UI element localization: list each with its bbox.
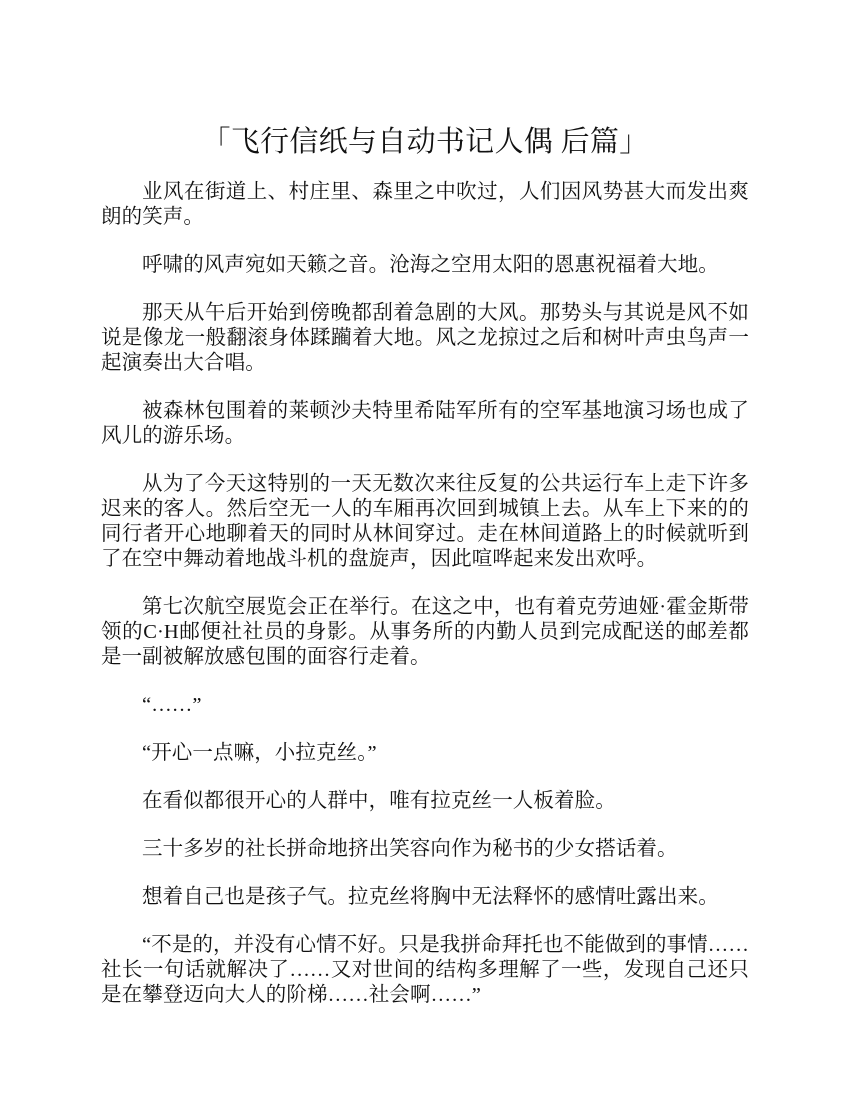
paragraph: 业风在街道上、村庄里、森里之中吹过，人们因风势甚大而发出爽朗的笑声。	[101, 180, 749, 230]
paragraph: 第七次航空展览会正在举行。在这之中，也有着克劳迪娅·霍金斯带领的C·H邮便社社员…	[101, 595, 749, 670]
document-body: 业风在街道上、村庄里、森里之中吹过，人们因风势甚大而发出爽朗的笑声。 呼啸的风声…	[101, 180, 749, 1031]
paragraph: 从为了今天这特别的一天无数次来往反复的公共运行车上走下许多迟来的客人。然后空无一…	[101, 472, 749, 572]
dialogue-paragraph: “开心一点嘛，小拉克丝。”	[101, 741, 749, 766]
paragraph: 那天从午后开始到傍晚都刮着急剧的大风。那势头与其说是风不如说是像龙一般翻滚身体蹂…	[101, 301, 749, 376]
paragraph: 在看似都很开心的人群中，唯有拉克丝一人板着脸。	[101, 789, 749, 814]
paragraph: 想着自己也是孩子气。拉克丝将胸中无法释怀的感情吐露出来。	[101, 885, 749, 910]
dialogue-paragraph: “不是的，并没有心情不好。只是我拼命拜托也不能做到的事情……社长一句话就解决了……	[101, 933, 749, 1008]
document-title: 「飞行信纸与自动书记人偶 后篇」	[101, 124, 749, 160]
paragraph: 呼啸的风声宛如天籁之音。沧海之空用太阳的恩惠祝福着大地。	[101, 253, 749, 278]
dialogue-paragraph: “……”	[101, 693, 749, 718]
paragraph: 被森林包围着的莱顿沙夫特里希陆军所有的空军基地演习场也成了风儿的游乐场。	[101, 399, 749, 449]
paragraph: 三十多岁的社长拼命地挤出笑容向作为秘书的少女搭话着。	[101, 837, 749, 862]
